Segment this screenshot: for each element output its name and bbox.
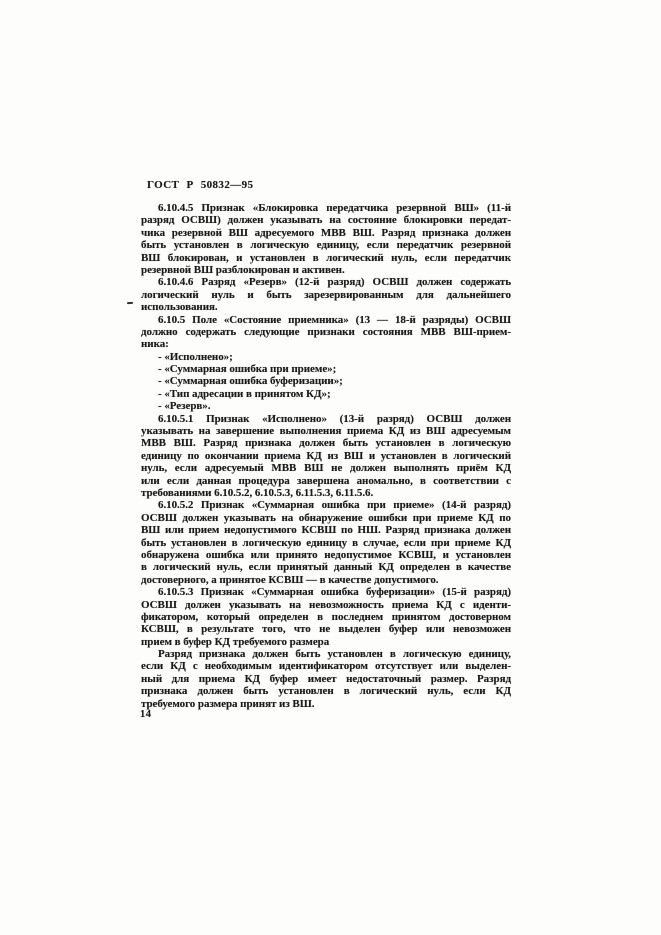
text-line: ВШ или прием недопустимого КСВШ по НШ. Р…	[141, 524, 511, 536]
text-line: или если данная процедура завершена аном…	[141, 475, 511, 487]
list-item: - «Исполнено»;	[141, 351, 511, 363]
text-line: требуемого размера принят из ВШ.	[141, 698, 511, 710]
text-line: 6.10.5 Поле «Состояние приемника» (13 — …	[141, 314, 511, 326]
list-item: - «Тип адресации в принятом КД»;	[141, 388, 511, 400]
text-line: фикатором, который определен в последнем…	[141, 611, 511, 623]
text-line: разряд ОСВШ) должен указывать на состоян…	[141, 214, 511, 226]
text-line: ника:	[141, 338, 511, 350]
text-line: в логический нуль, если принятый данный …	[141, 561, 511, 573]
scan-artifact-mark	[127, 302, 133, 304]
text-line: Разряд признака должен быть установлен в…	[141, 648, 511, 660]
text-line: прием в буфер КД требуемого размера	[141, 636, 511, 648]
text-line: быть установлен в логическую единицу в с…	[141, 537, 511, 549]
text-line: 6.10.5.2 Признак «Суммарная ошибка при п…	[141, 499, 511, 511]
text-line: 6.10.4.6 Разряд «Резерв» (12-й разряд) О…	[141, 276, 511, 288]
text-line: МВВ ВШ. Разряд признака должен быть уста…	[141, 437, 511, 449]
text-line: логический нуль и быть зарезервированным…	[141, 289, 511, 301]
page-number: 14	[140, 709, 152, 720]
text-line: ОСВШ должен указывать на невозможность п…	[141, 599, 511, 611]
text-line: требованиями 6.10.5.2, 6.10.5.3, 6.11.5.…	[141, 487, 511, 499]
text-line: КСВШ, в результате того, что не выделен …	[141, 623, 511, 635]
text-line: ВШ блокирован, и установлен в логический…	[141, 252, 511, 264]
text-line: ОСВШ должен указывать на обнаружение оши…	[141, 512, 511, 524]
list-item: - «Резерв».	[141, 400, 511, 412]
list-item: - «Суммарная ошибка буферизации»;	[141, 375, 511, 387]
clause-6-10-5: 6.10.5 Поле «Состояние приемника» (13 — …	[141, 314, 511, 351]
text-line: если КД с необходимым идентификатором от…	[141, 660, 511, 672]
text-line: быть установлен в логическую единицу, ес…	[141, 239, 511, 251]
text-line: нуль, если адресуемый МВВ ВШ не должен в…	[141, 462, 511, 474]
text-line: 6.10.4.5 Признак «Блокировка передатчика…	[141, 202, 511, 214]
text-line: обнаружена ошибка или принято недопустим…	[141, 549, 511, 561]
clause-6-10-5-1: 6.10.5.1 Признак «Исполнено» (13-й разря…	[141, 413, 511, 500]
receiver-state-list: - «Исполнено»; - «Суммарная ошибка при п…	[141, 351, 511, 413]
clause-6-10-4-5: 6.10.4.5 Признак «Блокировка передатчика…	[141, 202, 511, 276]
document-page: ГОСТ Р 50832—95 6.10.4.5 Признак «Блокир…	[0, 0, 661, 935]
text-line: должно содержать следующие признаки сост…	[141, 326, 511, 338]
clause-6-10-5-3-continuation: Разряд признака должен быть установлен в…	[141, 648, 511, 710]
document-body: 6.10.4.5 Признак «Блокировка передатчика…	[141, 202, 511, 710]
text-line: признака должен быть установлен в логиче…	[141, 685, 511, 697]
text-line: указывать на завершение выполнения прием…	[141, 425, 511, 437]
clause-6-10-5-2: 6.10.5.2 Признак «Суммарная ошибка при п…	[141, 499, 511, 586]
text-line: достоверного, а принятое КСВШ — в качест…	[141, 574, 511, 586]
text-line: единицу по окончании приема КД из ВШ и у…	[141, 450, 511, 462]
clause-6-10-5-3: 6.10.5.3 Признак «Суммарная ошибка буфер…	[141, 586, 511, 648]
text-line: 6.10.5.3 Признак «Суммарная ошибка буфер…	[141, 586, 511, 598]
text-line: использования.	[141, 301, 511, 313]
text-line: ный для приема КД буфер имеет недостаточ…	[141, 673, 511, 685]
text-line: резервной ВШ разблокирован и активен.	[141, 264, 511, 276]
running-header: ГОСТ Р 50832—95	[147, 179, 253, 191]
text-line: 6.10.5.1 Признак «Исполнено» (13-й разря…	[141, 413, 511, 425]
clause-6-10-4-6: 6.10.4.6 Разряд «Резерв» (12-й разряд) О…	[141, 276, 511, 313]
list-item: - «Суммарная ошибка при приеме»;	[141, 363, 511, 375]
text-line: чика резервной ВШ адресуемого МВВ ВШ. Ра…	[141, 227, 511, 239]
